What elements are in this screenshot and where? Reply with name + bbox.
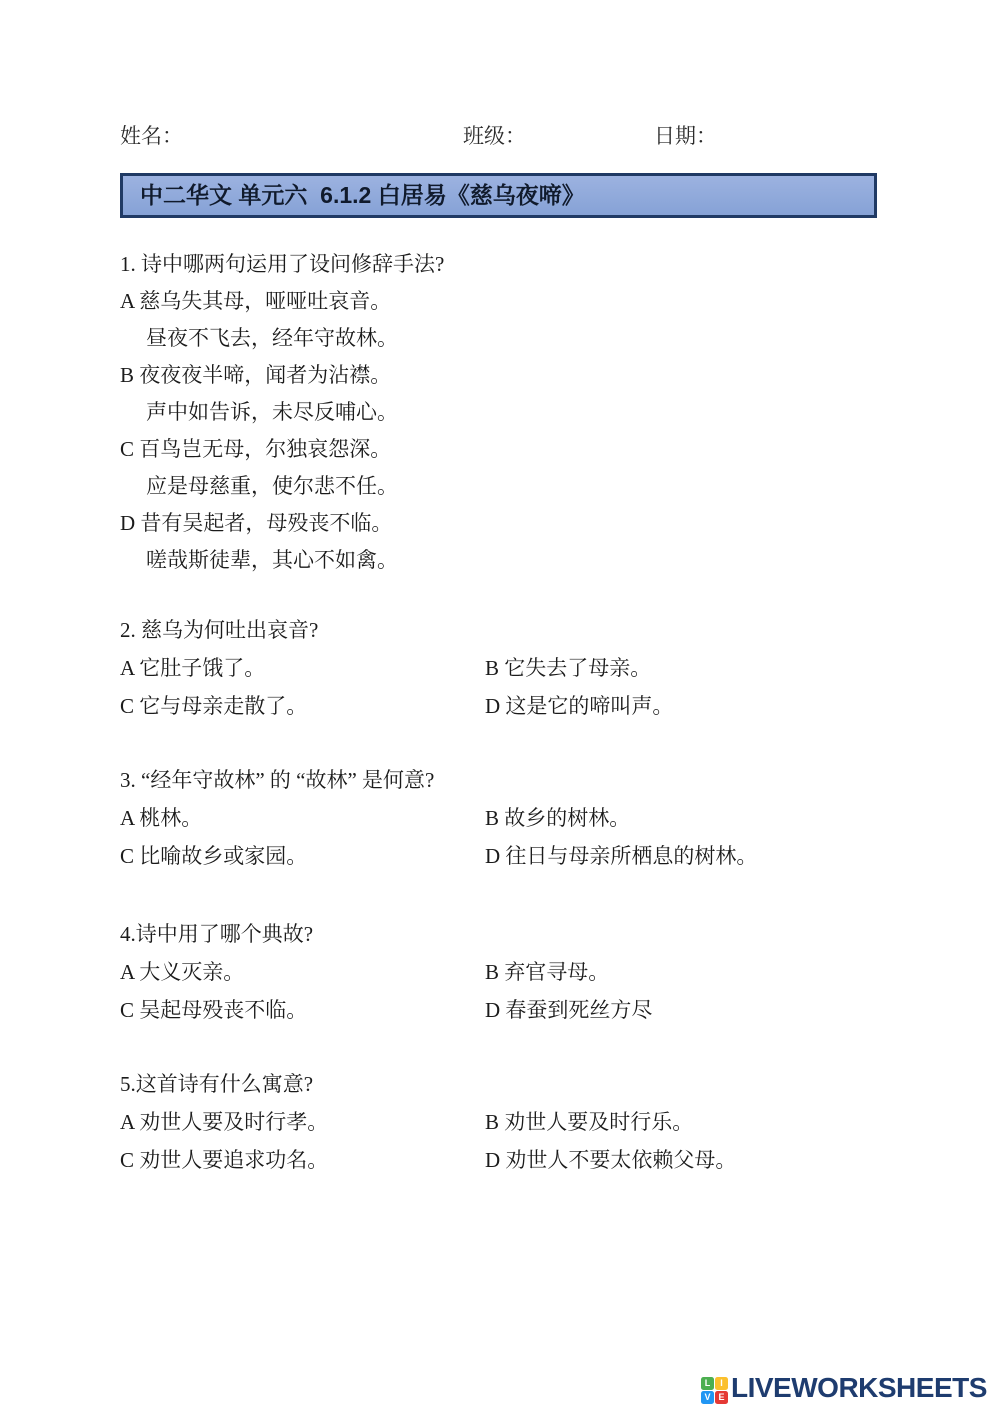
question-3-option-d[interactable]: D 往日与母亲所栖息的树林。: [485, 837, 757, 875]
question-5-option-b[interactable]: B 劝世人要及时行乐。: [485, 1103, 693, 1141]
question-4-text: 4.诗中用了哪个典故?: [120, 916, 890, 953]
question-4-option-c[interactable]: C 吴起母殁丧不临。: [120, 991, 307, 1029]
question-1-option-d-line-2[interactable]: 嗟哉斯徒辈，其心不如禽。: [120, 542, 890, 579]
question-5-option-a[interactable]: A 劝世人要及时行孝。: [120, 1103, 328, 1141]
worksheet-title: 中二华文 单元六 6.1.2 白居易《慈乌夜啼》: [123, 176, 874, 215]
name-label: 姓名：: [120, 122, 183, 150]
question-3-option-a[interactable]: A 桃林。: [120, 799, 202, 837]
question-4-option-d[interactable]: D 春蚕到死丝方尽: [485, 991, 652, 1029]
question-2-text: 2. 慈乌为何吐出哀音?: [120, 612, 890, 649]
question-5-text: 5.这首诗有什么寓意?: [120, 1066, 890, 1103]
question-1-option-b-line-1[interactable]: B 夜夜夜半啼，闻者为沾襟。: [120, 357, 890, 394]
question-3-option-c[interactable]: C 比喻故乡或家园。: [120, 837, 307, 875]
question-4-option-b[interactable]: B 弃官寻母。: [485, 953, 609, 991]
question-3-option-b[interactable]: B 故乡的树林。: [485, 799, 630, 837]
question-3: 3. “经年守故林” 的 “故林” 是何意? A 桃林。 B 故乡的树林。 C …: [120, 762, 890, 875]
question-4: 4.诗中用了哪个典故? A 大义灭亲。 B 弃官寻母。 C 吴起母殁丧不临。 D…: [120, 916, 890, 1029]
question-1-option-c-line-1[interactable]: C 百鸟岂无母，尔独哀怨深。: [120, 431, 890, 468]
liveworksheets-logo[interactable]: L I V E LIVEWORKSHEETS: [700, 1374, 990, 1406]
liveworksheets-brand-text: LIVEWORKSHEETS: [731, 1372, 987, 1404]
question-1-option-d-line-1[interactable]: D 昔有吴起者，母殁丧不临。: [120, 505, 890, 542]
question-1-option-c-line-2[interactable]: 应是母慈重，使尔悲不任。: [120, 468, 890, 505]
question-2-option-b[interactable]: B 它失去了母亲。: [485, 649, 651, 687]
question-1: 1. 诗中哪两句运用了设问修辞手法? A 慈乌失其母，哑哑吐哀音。 昼夜不飞去，…: [120, 246, 890, 579]
question-1-option-a-line-1[interactable]: A 慈乌失其母，哑哑吐哀音。: [120, 283, 890, 320]
question-1-option-b-line-2[interactable]: 声中如告诉，未尽反哺心。: [120, 394, 890, 431]
question-2-option-d[interactable]: D 这是它的啼叫声。: [485, 687, 673, 725]
question-5: 5.这首诗有什么寓意? A 劝世人要及时行孝。 B 劝世人要及时行乐。 C 劝世…: [120, 1066, 890, 1179]
liveworksheets-logo-icon: L I V E: [701, 1377, 728, 1404]
question-1-text: 1. 诗中哪两句运用了设问修辞手法?: [120, 246, 890, 283]
question-1-option-a-line-2[interactable]: 昼夜不飞去，经年守故林。: [120, 320, 890, 357]
worksheet-title-bar: 中二华文 单元六 6.1.2 白居易《慈乌夜啼》: [120, 173, 877, 218]
question-5-option-c[interactable]: C 劝世人要追求功名。: [120, 1141, 328, 1179]
question-3-text: 3. “经年守故林” 的 “故林” 是何意?: [120, 762, 890, 799]
class-label: 班级：: [463, 122, 526, 150]
question-5-option-d[interactable]: D 劝世人不要太依赖父母。: [485, 1141, 736, 1179]
question-2-option-c[interactable]: C 它与母亲走散了。: [120, 687, 307, 725]
question-2-option-a[interactable]: A 它肚子饿了。: [120, 649, 265, 687]
date-label: 日期：: [654, 122, 717, 150]
question-2: 2. 慈乌为何吐出哀音? A 它肚子饿了。 B 它失去了母亲。 C 它与母亲走散…: [120, 612, 890, 725]
logo-tile-e: E: [715, 1391, 728, 1404]
logo-tile-i: I: [715, 1377, 728, 1390]
logo-tile-v: V: [701, 1391, 714, 1404]
question-4-option-a[interactable]: A 大义灭亲。: [120, 953, 244, 991]
logo-tile-l: L: [701, 1377, 714, 1390]
